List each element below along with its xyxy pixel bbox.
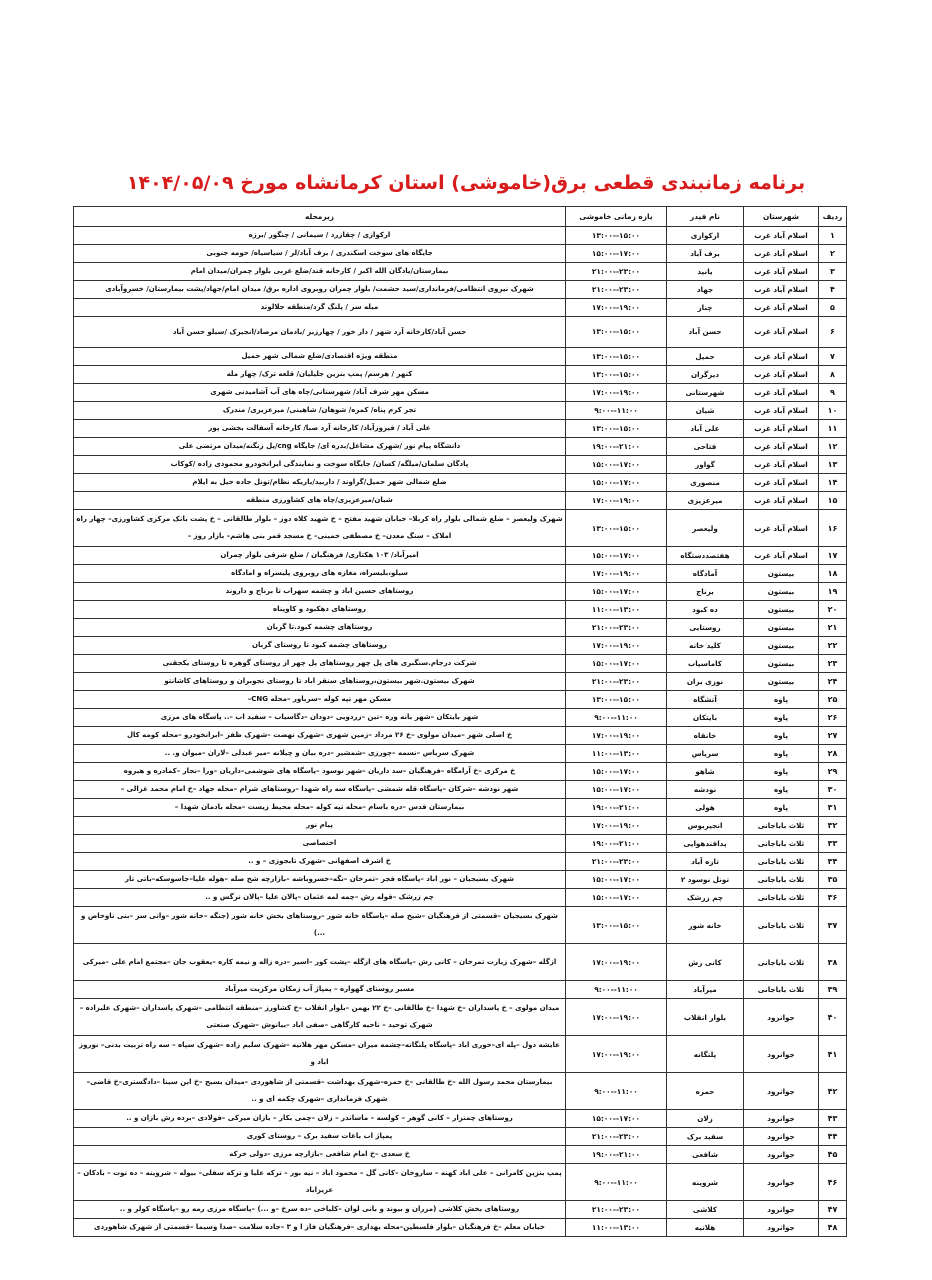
header-county: شهرستان	[744, 207, 819, 227]
row-number: ۳۶	[819, 889, 847, 907]
table-row: ۱۵اسلام آباد غربمیرعزیزی۱۷:۰۰--۱۹:۰۰شیان…	[74, 492, 847, 510]
time-range-cell: ۱۳:۰۰--۱۵:۰۰	[566, 348, 667, 366]
feeder-cell: ده کبود	[667, 601, 744, 619]
county-cell: پاوه	[744, 781, 819, 799]
feeder-cell: انجیربوس	[667, 817, 744, 835]
row-number: ۲۰	[819, 601, 847, 619]
time-range-cell: ۱۱:۰۰--۱۳:۰۰	[566, 1219, 667, 1237]
county-cell: اسلام آباد غرب	[744, 348, 819, 366]
row-number: ۳۸	[819, 944, 847, 981]
table-row: ۳۹ثلاث باباجانیمیرآباد۹:۰۰--۱۱:۰۰مسیر رو…	[74, 981, 847, 999]
area-cell: امیرآباد/ ۱۰۳ هکتاری/ فرهنگیان / ضلع شرق…	[74, 547, 566, 565]
table-row: ۴اسلام آباد غربجهاد۲۱:۰۰--۲۳:۰۰شهرک نیرو…	[74, 281, 847, 299]
time-range-cell: ۱۵:۰۰--۱۷:۰۰	[566, 763, 667, 781]
row-number: ۹	[819, 384, 847, 402]
county-cell: بیستون	[744, 673, 819, 691]
time-range-cell: ۱۵:۰۰--۱۷:۰۰	[566, 655, 667, 673]
time-range-cell: ۱۷:۰۰--۱۹:۰۰	[566, 299, 667, 317]
county-cell: بیستون	[744, 655, 819, 673]
row-number: ۳۴	[819, 853, 847, 871]
table-row: ۱۰اسلام آباد غربشیان۹:۰۰--۱۱:۰۰تجر کرم پ…	[74, 402, 847, 420]
feeder-cell: شافعی	[667, 1146, 744, 1164]
row-number: ۲۴	[819, 673, 847, 691]
time-range-cell: ۱۵:۰۰--۱۷:۰۰	[566, 456, 667, 474]
row-number: ۲۷	[819, 727, 847, 745]
area-cell: شهرک نیروی انتظامی/فرمانداری/سید حشمت/ ب…	[74, 281, 566, 299]
time-range-cell: ۹:۰۰--۱۱:۰۰	[566, 402, 667, 420]
time-range-cell: ۱۵:۰۰--۱۷:۰۰	[566, 871, 667, 889]
county-cell: جوانرود	[744, 1146, 819, 1164]
feeder-cell: کاماسیاب	[667, 655, 744, 673]
row-number: ۲۵	[819, 691, 847, 709]
county-cell: پاوه	[744, 763, 819, 781]
table-row: ۱۹بیستونبرناج۱۵:۰۰--۱۷:۰۰روستاهای حسین ا…	[74, 583, 847, 601]
table-row: ۲۵پاوهآتشگاه۱۳:۰۰--۱۵:۰۰مسکن مهر تپه کول…	[74, 691, 847, 709]
row-number: ۱۹	[819, 583, 847, 601]
feeder-cell: برناج	[667, 583, 744, 601]
row-number: ۲	[819, 245, 847, 263]
time-range-cell: ۱۵:۰۰--۱۷:۰۰	[566, 889, 667, 907]
time-range-cell: ۱۷:۰۰--۱۹:۰۰	[566, 727, 667, 745]
time-range-cell: ۹:۰۰--۱۱:۰۰	[566, 981, 667, 999]
time-range-cell: ۱۷:۰۰--۱۹:۰۰	[566, 384, 667, 402]
time-range-cell: ۲۱:۰۰--۲۳:۰۰	[566, 1201, 667, 1219]
area-cell: کنهر / هرسم/ پمپ بنزین جلیلیان/ قلعه ترک…	[74, 366, 566, 384]
area-cell: خ مرکزی –خ آرامگاه –فرهنگیان –سد داریان …	[74, 763, 566, 781]
row-number: ۴۷	[819, 1201, 847, 1219]
feeder-cell: حمزه	[667, 1073, 744, 1110]
feeder-cell: جهاد	[667, 281, 744, 299]
county-cell: اسلام آباد غرب	[744, 299, 819, 317]
area-cell: مسیر روستای گهواره – پمپاژ آب زمکان مرکز…	[74, 981, 566, 999]
feeder-cell: شیان	[667, 402, 744, 420]
county-cell: ثلاث باباجانی	[744, 853, 819, 871]
feeder-cell: شهرستانی	[667, 384, 744, 402]
feeder-cell: علی آباد	[667, 420, 744, 438]
area-cell: پمپ بنزین کامرانی – علی اباد کهنه – سارو…	[74, 1164, 566, 1201]
table-body: ۱اسلام آباد غربارکوازی۱۳:۰۰--۱۵:۰۰ارکواز…	[74, 227, 847, 1237]
feeder-cell: میرآباد	[667, 981, 744, 999]
table-row: ۴۲جوانرودحمزه۹:۰۰--۱۱:۰۰بیمارستان محمد ر…	[74, 1073, 847, 1110]
area-cell: ارکوازی / چقازرد / سیمانی / چنگور /برزه	[74, 227, 566, 245]
feeder-cell: سفید برک	[667, 1128, 744, 1146]
feeder-cell: چم زرشک	[667, 889, 744, 907]
time-range-cell: ۱۵:۰۰--۱۷:۰۰	[566, 1110, 667, 1128]
row-number: ۱۱	[819, 420, 847, 438]
row-number: ۴۰	[819, 999, 847, 1036]
table-row: ۱۶اسلام آباد غربولیعصر۱۳:۰۰--۱۵:۰۰شهرک و…	[74, 510, 847, 547]
county-cell: اسلام آباد غرب	[744, 245, 819, 263]
county-cell: جوانرود	[744, 1110, 819, 1128]
row-number: ۴۴	[819, 1128, 847, 1146]
table-row: ۴۵جوانرودشافعی۱۹:۰۰--۲۱:۰۰خ سعدی –خ امام…	[74, 1146, 847, 1164]
feeder-cell: کلید خانه	[667, 637, 744, 655]
time-range-cell: ۱۳:۰۰--۱۵:۰۰	[566, 227, 667, 245]
table-row: ۲۷پاوهخانقاه۱۷:۰۰--۱۹:۰۰خ اصلی شهر –میدا…	[74, 727, 847, 745]
feeder-cell: کلاشی	[667, 1201, 744, 1219]
table-row: ۳۰پاوهنودشه۱۵:۰۰--۱۷:۰۰شهر نودشه –شرکان …	[74, 781, 847, 799]
header-area: زیرمحله	[74, 207, 566, 227]
county-cell: پاوه	[744, 745, 819, 763]
table-row: ۴۴جوانرودسفید برک۲۱:۰۰--۲۳:۰۰پمپاژ اب با…	[74, 1128, 847, 1146]
row-number: ۴۸	[819, 1219, 847, 1237]
county-cell: بیستون	[744, 619, 819, 637]
feeder-cell: حسن آباد	[667, 317, 744, 348]
feeder-cell: چنار	[667, 299, 744, 317]
feeder-cell: ولیعصر	[667, 510, 744, 547]
time-range-cell: ۱۵:۰۰--۱۷:۰۰	[566, 781, 667, 799]
time-range-cell: ۱۷:۰۰--۱۹:۰۰	[566, 944, 667, 981]
feeder-cell: نودشه	[667, 781, 744, 799]
time-range-cell: ۱۵:۰۰--۱۷:۰۰	[566, 583, 667, 601]
feeder-cell: روستایی	[667, 619, 744, 637]
table-row: ۲۳بیستونکاماسیاب۱۵:۰۰--۱۷:۰۰شرکت درجام.س…	[74, 655, 847, 673]
time-range-cell: ۹:۰۰--۱۱:۰۰	[566, 709, 667, 727]
area-cell: روستاهای چشمه کبود.تا گربان	[74, 619, 566, 637]
time-range-cell: ۱۹:۰۰--۲۱:۰۰	[566, 438, 667, 456]
row-number: ۴	[819, 281, 847, 299]
area-cell: بیمارستان قدس –دره باسام –محله تپه کوله …	[74, 799, 566, 817]
feeder-cell: هلانیه	[667, 1219, 744, 1237]
county-cell: اسلام آباد غرب	[744, 547, 819, 565]
county-cell: جوانرود	[744, 999, 819, 1036]
feeder-cell: آتشگاه	[667, 691, 744, 709]
row-number: ۱۵	[819, 492, 847, 510]
table-row: ۱۱اسلام آباد غربعلی آباد۱۳:۰۰--۱۵:۰۰علی …	[74, 420, 847, 438]
row-number: ۱۸	[819, 565, 847, 583]
time-range-cell: ۱۳:۰۰--۱۵:۰۰	[566, 510, 667, 547]
row-number: ۳۱	[819, 799, 847, 817]
row-number: ۳۵	[819, 871, 847, 889]
county-cell: اسلام آباد غرب	[744, 227, 819, 245]
area-cell: شهرک بیستون.شهر بیستون،روستاهای سنقر ابا…	[74, 673, 566, 691]
area-cell: خ اصلی شهر –میدان مولوی –خ ۲۶ مرداد –زمی…	[74, 727, 566, 745]
table-header-row: ردیف شهرستان نام فیدر بازه زمانی خاموشی …	[74, 207, 847, 227]
area-cell: پیام نور	[74, 817, 566, 835]
feeder-cell: آمادگاه	[667, 565, 744, 583]
row-number: ۶	[819, 317, 847, 348]
header-time-range: بازه زمانی خاموشی	[566, 207, 667, 227]
time-range-cell: ۱۳:۰۰--۱۵:۰۰	[566, 907, 667, 944]
row-number: ۳۹	[819, 981, 847, 999]
feeder-cell: هولی	[667, 799, 744, 817]
county-cell: جوانرود	[744, 1073, 819, 1110]
page-title: برنامه زمانبندی قطعی برق(خاموشی) استان ک…	[0, 172, 932, 194]
row-number: ۱۰	[819, 402, 847, 420]
area-cell: چم زرشک –قوله رش –چمه لمه عثمان –پالان ع…	[74, 889, 566, 907]
county-cell: اسلام آباد غرب	[744, 384, 819, 402]
county-cell: جوانرود	[744, 1128, 819, 1146]
row-number: ۱	[819, 227, 847, 245]
time-range-cell: ۹:۰۰--۱۱:۰۰	[566, 1164, 667, 1201]
feeder-cell: بلوار انقلاب	[667, 999, 744, 1036]
table-row: ۹اسلام آباد غربشهرستانی۱۷:۰۰--۱۹:۰۰مسکن …	[74, 384, 847, 402]
county-cell: بیستون	[744, 583, 819, 601]
area-cell: شهرک سریاس –نسمه –چورزی –شمشیر –دره بیان…	[74, 745, 566, 763]
table-row: ۴۶جوانرودشروینه۹:۰۰--۱۱:۰۰پمپ بنزین کامر…	[74, 1164, 847, 1201]
table-row: ۳۱پاوههولی۱۹:۰۰--۲۱:۰۰بیمارستان قدس –دره…	[74, 799, 847, 817]
table-row: ۵اسلام آباد غربچنار۱۷:۰۰--۱۹:۰۰میله سر /…	[74, 299, 847, 317]
row-number: ۳۲	[819, 817, 847, 835]
area-cell: خیابان معلم –خ فرهنگیان –بلوار فلسطین–مح…	[74, 1219, 566, 1237]
county-cell: اسلام آباد غرب	[744, 438, 819, 456]
area-cell: جایگاه های سوخت اسکندری / برف آباد/لر / …	[74, 245, 566, 263]
area-cell: شهر نودشه –شرکان –پاسگاه قله شمشی –پاسگا…	[74, 781, 566, 799]
table-row: ۳اسلام آباد غربیانید۲۱:۰۰--۲۳:۰۰بیمارستا…	[74, 263, 847, 281]
time-range-cell: ۱۷:۰۰--۱۹:۰۰	[566, 565, 667, 583]
area-cell: بیمارستان/یادگان الله اکبر / کارخانه قند…	[74, 263, 566, 281]
feeder-cell: هفتصددستگاه	[667, 547, 744, 565]
county-cell: اسلام آباد غرب	[744, 263, 819, 281]
area-cell: روستاهای چمنزار – کانی گوهر – کولسه – ما…	[74, 1110, 566, 1128]
area-cell: مسکن مهر شرف آباد/ شهرستانی/چاه های آب آ…	[74, 384, 566, 402]
outage-schedule-table: ردیف شهرستان نام فیدر بازه زمانی خاموشی …	[73, 206, 847, 1237]
time-range-cell: ۱۵:۰۰--۱۷:۰۰	[566, 547, 667, 565]
table-row: ۴۳جوانرودزلان۱۵:۰۰--۱۷:۰۰روستاهای چمنزار…	[74, 1110, 847, 1128]
row-number: ۴۳	[819, 1110, 847, 1128]
area-cell: شرکت درجام.سنگبری های پل چهر روستاهای پل…	[74, 655, 566, 673]
time-range-cell: ۱۳:۰۰--۱۵:۰۰	[566, 420, 667, 438]
county-cell: اسلام آباد غرب	[744, 510, 819, 547]
county-cell: اسلام آباد غرب	[744, 402, 819, 420]
county-cell: پاوه	[744, 727, 819, 745]
row-number: ۳۷	[819, 907, 847, 944]
feeder-cell: پدافندهوایی	[667, 835, 744, 853]
time-range-cell: ۱۹:۰۰--۲۱:۰۰	[566, 799, 667, 817]
area-cell: روستاهای بخش کلاشی (مزران و بیوند و بانی…	[74, 1201, 566, 1219]
row-number: ۲۳	[819, 655, 847, 673]
table-row: ۶اسلام آباد غربحسن آباد۱۳:۰۰--۱۵:۰۰حسن آ…	[74, 317, 847, 348]
area-cell: روستاهای چشمه کبود تا روستای گربان	[74, 637, 566, 655]
area-cell: تجر کرم پناه/ کمره/ شوهان/ شاهینی/ میرعز…	[74, 402, 566, 420]
table-row: ۱۴اسلام آباد غربمنصوری۱۵:۰۰--۱۷:۰۰ضلع شم…	[74, 474, 847, 492]
county-cell: بیستون	[744, 565, 819, 583]
area-cell: دانشگاه پیام نور /شهرک مشاغل/بدره ای/ جا…	[74, 438, 566, 456]
table-row: ۲اسلام آباد غرببرف آباد۱۵:۰۰--۱۷:۰۰جایگا…	[74, 245, 847, 263]
area-cell: ازگله –شهرک زیارت تمرخان – کانی رش –پاسگ…	[74, 944, 566, 981]
row-number: ۲۱	[819, 619, 847, 637]
time-range-cell: ۱۷:۰۰--۱۹:۰۰	[566, 492, 667, 510]
time-range-cell: ۲۱:۰۰--۲۳:۰۰	[566, 619, 667, 637]
county-cell: جوانرود	[744, 1164, 819, 1201]
feeder-cell: زلان	[667, 1110, 744, 1128]
time-range-cell: ۲۱:۰۰--۲۳:۰۰	[566, 673, 667, 691]
county-cell: ثلاث باباجانی	[744, 889, 819, 907]
county-cell: ثلاث باباجانی	[744, 944, 819, 981]
county-cell: اسلام آباد غرب	[744, 366, 819, 384]
area-cell: پادگان سلمان/میلگه/ کسان/ جایگاه سوخت و …	[74, 456, 566, 474]
table-row: ۸اسلام آباد غربدیزگران۱۳:۰۰--۱۵:۰۰کنهر /…	[74, 366, 847, 384]
feeder-cell: فتاحی	[667, 438, 744, 456]
table-row: ۱۷اسلام آباد غربهفتصددستگاه۱۵:۰۰--۱۷:۰۰ا…	[74, 547, 847, 565]
area-cell: مسکن مهر تپه کوله –سرباور –محله CNG–	[74, 691, 566, 709]
time-range-cell: ۱۳:۰۰--۱۵:۰۰	[566, 317, 667, 348]
time-range-cell: ۱۷:۰۰--۱۹:۰۰	[566, 1036, 667, 1073]
table-row: ۱اسلام آباد غربارکوازی۱۳:۰۰--۱۵:۰۰ارکواز…	[74, 227, 847, 245]
time-range-cell: ۱۷:۰۰--۱۹:۰۰	[566, 637, 667, 655]
table-row: ۱۳اسلام آباد غربگواور۱۵:۰۰--۱۷:۰۰پادگان …	[74, 456, 847, 474]
table-row: ۲۰بیستونده کبود۱۱:۰۰--۱۳:۰۰روستاهای دهکب…	[74, 601, 847, 619]
county-cell: بیستون	[744, 601, 819, 619]
county-cell: اسلام آباد غرب	[744, 474, 819, 492]
row-number: ۳۰	[819, 781, 847, 799]
area-cell: شهرک ولیعصر – ضلع شمالی بلوار راه کربلا–…	[74, 510, 566, 547]
county-cell: جوانرود	[744, 1201, 819, 1219]
row-number: ۸	[819, 366, 847, 384]
feeder-cell: ارکوازی	[667, 227, 744, 245]
time-range-cell: ۲۱:۰۰--۲۳:۰۰	[566, 281, 667, 299]
area-cell: حسن آباد/کارخانه آرد شهر / دار خور / چها…	[74, 317, 566, 348]
time-range-cell: ۱۳:۰۰--۱۵:۰۰	[566, 366, 667, 384]
feeder-cell: خانقاه	[667, 727, 744, 745]
time-range-cell: ۱۱:۰۰--۱۳:۰۰	[566, 601, 667, 619]
time-range-cell: ۱۵:۰۰--۱۷:۰۰	[566, 474, 667, 492]
row-number: ۲۸	[819, 745, 847, 763]
county-cell: جوانرود	[744, 1036, 819, 1073]
table-row: ۴۱جوانرودپلنگانه۱۷:۰۰--۱۹:۰۰عایشه دول –پ…	[74, 1036, 847, 1073]
table-row: ۱۲اسلام آباد غربفتاحی۱۹:۰۰--۲۱:۰۰دانشگاه…	[74, 438, 847, 456]
area-cell: شهر بایتکان –شهر بانه وره –تین –زردویی –…	[74, 709, 566, 727]
table-row: ۳۳ثلاث باباجانیپدافندهوایی۱۹:۰۰--۲۱:۰۰اخ…	[74, 835, 847, 853]
table-row: ۲۲بیستونکلید خانه۱۷:۰۰--۱۹:۰۰روستاهای چش…	[74, 637, 847, 655]
header-row-number: ردیف	[819, 207, 847, 227]
table-row: ۲۱بیستونروستایی۲۱:۰۰--۲۳:۰۰روستاهای چشمه…	[74, 619, 847, 637]
table-row: ۲۴بیستوننوزی بران۲۱:۰۰--۲۳:۰۰شهرک بیستون…	[74, 673, 847, 691]
area-cell: منطقه ویژه اقتصادی/ضلع شمالی شهر حمیل	[74, 348, 566, 366]
area-cell: اختصاصی	[74, 835, 566, 853]
row-number: ۱۲	[819, 438, 847, 456]
county-cell: ثلاث باباجانی	[744, 871, 819, 889]
row-number: ۴۲	[819, 1073, 847, 1110]
row-number: ۲۹	[819, 763, 847, 781]
area-cell: روستاهای دهکبود و کاوپناه	[74, 601, 566, 619]
area-cell: بیمارستان محمد رسول الله –خ طالقانی –خ ح…	[74, 1073, 566, 1110]
time-range-cell: ۱۹:۰۰--۲۱:۰۰	[566, 835, 667, 853]
feeder-cell: نوزی بران	[667, 673, 744, 691]
area-cell: شهرک بسیجیان –قسمتی از فرهنگیان –شیخ صله…	[74, 907, 566, 944]
feeder-cell: یانید	[667, 263, 744, 281]
table-row: ۳۸ثلاث باباجانیکانی رش۱۷:۰۰--۱۹:۰۰ازگله …	[74, 944, 847, 981]
area-cell: خ اشرف اصفهانی –شهرک تابجوزی – و ..	[74, 853, 566, 871]
area-cell: پمپاژ اب باغات سفید برک – روستای کوری	[74, 1128, 566, 1146]
table-row: ۳۶ثلاث باباجانیچم زرشک۱۵:۰۰--۱۷:۰۰چم زرش…	[74, 889, 847, 907]
row-number: ۳	[819, 263, 847, 281]
time-range-cell: ۱۷:۰۰--۱۹:۰۰	[566, 999, 667, 1036]
feeder-cell: شاهو	[667, 763, 744, 781]
table-row: ۴۸جوانرودهلانیه۱۱:۰۰--۱۳:۰۰خیابان معلم –…	[74, 1219, 847, 1237]
time-range-cell: ۱۵:۰۰--۱۷:۰۰	[566, 245, 667, 263]
area-cell: شهرک بسیجیان – نور اباد –پاسگاه فجر –تمر…	[74, 871, 566, 889]
row-number: ۱۴	[819, 474, 847, 492]
row-number: ۱۷	[819, 547, 847, 565]
table-row: ۳۵ثلاث باباجانیتونل نوسود ۲۱۵:۰۰--۱۷:۰۰ش…	[74, 871, 847, 889]
area-cell: میله سر / پلنگ گرد/منطقه جلالوند	[74, 299, 566, 317]
row-number: ۲۶	[819, 709, 847, 727]
time-range-cell: ۲۱:۰۰--۲۳:۰۰	[566, 853, 667, 871]
area-cell: ضلع شمالی شهر حمیل/گراوند / داربید/باریک…	[74, 474, 566, 492]
time-range-cell: ۹:۰۰--۱۱:۰۰	[566, 1073, 667, 1110]
time-range-cell: ۱۳:۰۰--۱۵:۰۰	[566, 691, 667, 709]
area-cell: روستاهای حسین اباد و چشمه سهراب تا برناج…	[74, 583, 566, 601]
feeder-cell: میرعزیزی	[667, 492, 744, 510]
table-row: ۴۷جوانرودکلاشی۲۱:۰۰--۲۳:۰۰روستاهای بخش ک…	[74, 1201, 847, 1219]
time-range-cell: ۲۱:۰۰--۲۳:۰۰	[566, 1128, 667, 1146]
feeder-cell: حمیل	[667, 348, 744, 366]
area-cell: عایشه دول –پله ای–حوری اباد –پاسگاه پلنگ…	[74, 1036, 566, 1073]
area-cell: شیان/میرعزیزی/چاه های کشاورزی منطقه	[74, 492, 566, 510]
area-cell: خ سعدی –خ امام شافعی –بازارچه مرزی –دولی…	[74, 1146, 566, 1164]
row-number: ۷	[819, 348, 847, 366]
county-cell: پاوه	[744, 709, 819, 727]
table-row: ۲۸پاوهسریاس۱۱:۰۰--۱۳:۰۰شهرک سریاس –نسمه …	[74, 745, 847, 763]
table-row: ۲۶پاوهبایتکان۹:۰۰--۱۱:۰۰شهر بایتکان –شهر…	[74, 709, 847, 727]
time-range-cell: ۲۱:۰۰--۲۳:۰۰	[566, 263, 667, 281]
county-cell: اسلام آباد غرب	[744, 281, 819, 299]
county-cell: ثلاث باباجانی	[744, 817, 819, 835]
feeder-cell: بایتکان	[667, 709, 744, 727]
table-row: ۱۸بیستونآمادگاه۱۷:۰۰--۱۹:۰۰سیلو،بلیسراه،…	[74, 565, 847, 583]
feeder-cell: تونل نوسود ۲	[667, 871, 744, 889]
feeder-cell: گواور	[667, 456, 744, 474]
feeder-cell: خانه شور	[667, 907, 744, 944]
feeder-cell: تازه آباد	[667, 853, 744, 871]
county-cell: پاوه	[744, 799, 819, 817]
feeder-cell: سریاس	[667, 745, 744, 763]
area-cell: علی آباد / فیروزآباد/ کارخانه آرد صبا/ ک…	[74, 420, 566, 438]
county-cell: اسلام آباد غرب	[744, 456, 819, 474]
table-row: ۳۷ثلاث باباجانیخانه شور۱۳:۰۰--۱۵:۰۰شهرک …	[74, 907, 847, 944]
feeder-cell: کانی رش	[667, 944, 744, 981]
area-cell: میدان مولوی – خ پاسداران –خ شهدا –خ طالق…	[74, 999, 566, 1036]
row-number: ۴۶	[819, 1164, 847, 1201]
table-row: ۳۴ثلاث باباجانیتازه آباد۲۱:۰۰--۲۳:۰۰خ اش…	[74, 853, 847, 871]
row-number: ۲۲	[819, 637, 847, 655]
county-cell: ثلاث باباجانی	[744, 981, 819, 999]
row-number: ۴۵	[819, 1146, 847, 1164]
row-number: ۱۳	[819, 456, 847, 474]
row-number: ۵	[819, 299, 847, 317]
time-range-cell: ۱۷:۰۰--۱۹:۰۰	[566, 817, 667, 835]
feeder-cell: منصوری	[667, 474, 744, 492]
county-cell: اسلام آباد غرب	[744, 317, 819, 348]
table-row: ۲۹پاوهشاهو۱۵:۰۰--۱۷:۰۰خ مرکزی –خ آرامگاه…	[74, 763, 847, 781]
time-range-cell: ۱۹:۰۰--۲۱:۰۰	[566, 1146, 667, 1164]
header-feeder: نام فیدر	[667, 207, 744, 227]
feeder-cell: برف آباد	[667, 245, 744, 263]
county-cell: جوانرود	[744, 1219, 819, 1237]
county-cell: پاوه	[744, 691, 819, 709]
row-number: ۱۶	[819, 510, 847, 547]
row-number: ۳۳	[819, 835, 847, 853]
county-cell: اسلام آباد غرب	[744, 420, 819, 438]
feeder-cell: پلنگانه	[667, 1036, 744, 1073]
county-cell: ثلاث باباجانی	[744, 835, 819, 853]
feeder-cell: شروینه	[667, 1164, 744, 1201]
county-cell: بیستون	[744, 637, 819, 655]
feeder-cell: دیزگران	[667, 366, 744, 384]
area-cell: سیلو،بلیسراه، مغازه های روبروی پلیسراه و…	[74, 565, 566, 583]
county-cell: اسلام آباد غرب	[744, 492, 819, 510]
county-cell: ثلاث باباجانی	[744, 907, 819, 944]
table-row: ۳۲ثلاث باباجانیانجیربوس۱۷:۰۰--۱۹:۰۰پیام …	[74, 817, 847, 835]
row-number: ۴۱	[819, 1036, 847, 1073]
table-row: ۷اسلام آباد غربحمیل۱۳:۰۰--۱۵:۰۰منطقه ویژ…	[74, 348, 847, 366]
time-range-cell: ۱۱:۰۰--۱۳:۰۰	[566, 745, 667, 763]
table-row: ۴۰جوانرودبلوار انقلاب۱۷:۰۰--۱۹:۰۰میدان م…	[74, 999, 847, 1036]
